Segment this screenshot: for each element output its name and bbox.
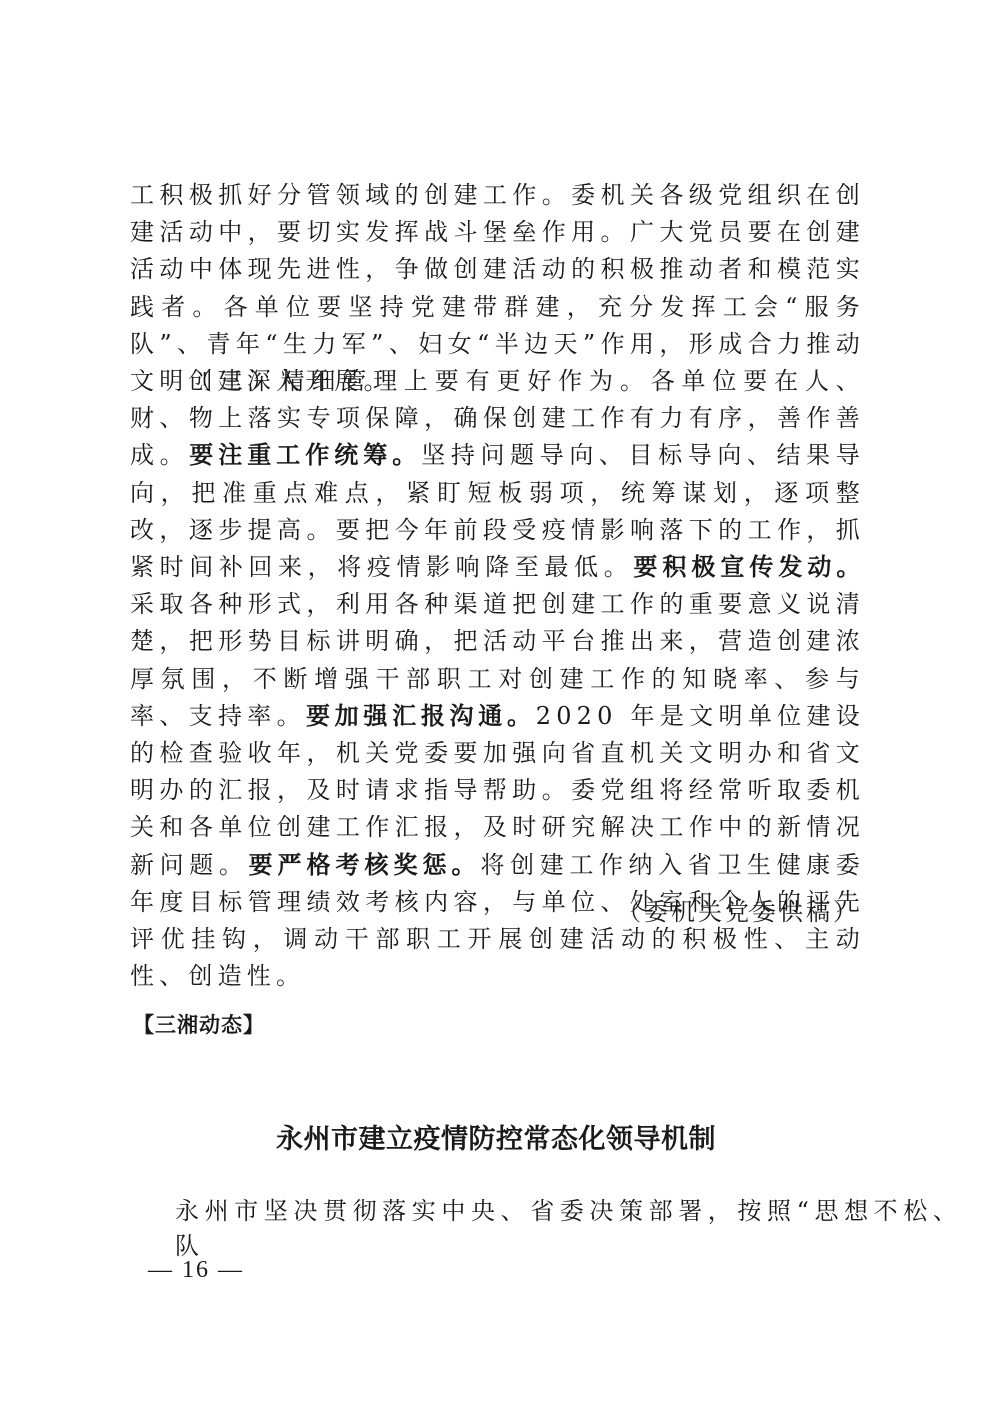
article-first-line: 永州市坚决贯彻落实中央、省委决策部署，按照“思想不松、队 xyxy=(175,1191,992,1261)
emphasis-heading: 要积极宣传发动。 xyxy=(633,553,865,581)
article-credit: （委机关党委供稿） xyxy=(617,892,860,927)
emphasis-heading: 要严格考核奖惩。 xyxy=(248,851,480,879)
document-page: 工积极抓好分管领域的创建工作。委机关各级党组织在创建活动中，要切实发挥战斗堡垒作… xyxy=(0,0,992,1403)
page-number: — 16 — xyxy=(148,1257,244,1284)
emphasis-heading: 要加强汇报沟通。 xyxy=(306,702,536,730)
emphasis-heading: 要注重工作统筹。 xyxy=(189,441,421,469)
article-title: 永州市建立疫情防控常态化领导机制 xyxy=(0,1117,992,1156)
section-tag: 【三湘动态】 xyxy=(133,1009,265,1039)
